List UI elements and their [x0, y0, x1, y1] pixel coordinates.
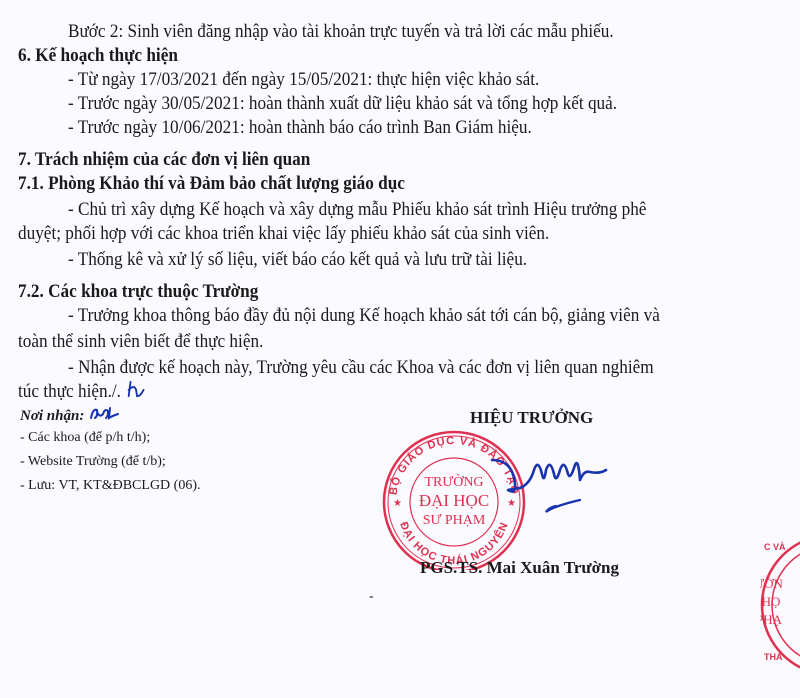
signer-name: PGS.TS. Mai Xuân Trường	[420, 556, 619, 580]
signature-icon	[490, 440, 660, 530]
section-7-1-paragraph-1-cont: duyệt; phối hợp với các khoa triển khai …	[18, 222, 549, 246]
signer-title: HIỆU TRƯỞNG	[470, 406, 593, 430]
initial-mark-icon	[125, 380, 145, 400]
stamp-center-line: SƯ PHẠM	[423, 513, 486, 528]
section-7-1-heading: 7.1. Phòng Khảo thí và Đảm bảo chất lượn…	[18, 172, 405, 196]
initial-mark-icon	[88, 404, 120, 422]
step-2-text: Bước 2: Sinh viên đăng nhập vào tài khoả…	[68, 20, 614, 44]
partial-stamp-text: I HỌ	[760, 594, 780, 610]
section-7-2-paragraph-1: - Trưởng khoa thông báo đầy đủ nội dung …	[68, 304, 660, 328]
partial-stamp: C VÀ ƯỜN I HỌ PHẠ THÁ	[760, 520, 800, 690]
recipient-item: - Các khoa (để p/h t/h);	[20, 428, 150, 448]
partial-stamp-text: ƯỜN	[760, 576, 783, 592]
plan-item: - Trước ngày 10/06/2021: hoàn thành báo …	[68, 116, 532, 140]
partial-stamp-text: PHẠ	[760, 612, 782, 628]
plan-item: - Từ ngày 17/03/2021 đến ngày 15/05/2021…	[68, 68, 539, 92]
recipient-item: - Website Trường (để t/b);	[20, 452, 166, 472]
recipient-item: - Lưu: VT, KT&ĐBCLGD (06).	[20, 476, 201, 496]
stamp-center-line: ĐẠI HỌC	[419, 491, 489, 510]
section-7-1-paragraph-2: - Thống kê và xử lý số liệu, viết báo cá…	[68, 248, 527, 272]
recipients-label-text: Nơi nhận:	[20, 408, 84, 424]
stamp-center-line: TRƯỜNG	[424, 473, 483, 490]
partial-stamp-text: C VÀ	[764, 542, 786, 552]
closing-text: túc thực hiện./.	[18, 382, 121, 402]
section-7-2-paragraph-2-cont: túc thực hiện./.	[18, 380, 146, 404]
page-dash: -	[369, 585, 374, 609]
svg-text:★: ★	[393, 498, 402, 509]
partial-stamp-text: THÁ	[764, 652, 783, 662]
section-6-heading: 6. Kế hoạch thực hiện	[18, 44, 178, 68]
section-7-2-heading: 7.2. Các khoa trực thuộc Trường	[18, 280, 258, 304]
section-7-2-paragraph-2: - Nhận được kế hoạch này, Trường yêu cầu…	[68, 356, 654, 380]
plan-item: - Trước ngày 30/05/2021: hoàn thành xuất…	[68, 92, 617, 116]
section-7-2-paragraph-1-cont: toàn thể sinh viên biết để thực hiện.	[18, 330, 263, 354]
section-7-1-paragraph-1: - Chủ trì xây dựng Kế hoạch và xây dựng …	[68, 198, 646, 222]
recipients-label: Nơi nhận:	[20, 404, 120, 426]
section-7-heading: 7. Trách nhiệm của các đơn vị liên quan	[18, 148, 310, 172]
